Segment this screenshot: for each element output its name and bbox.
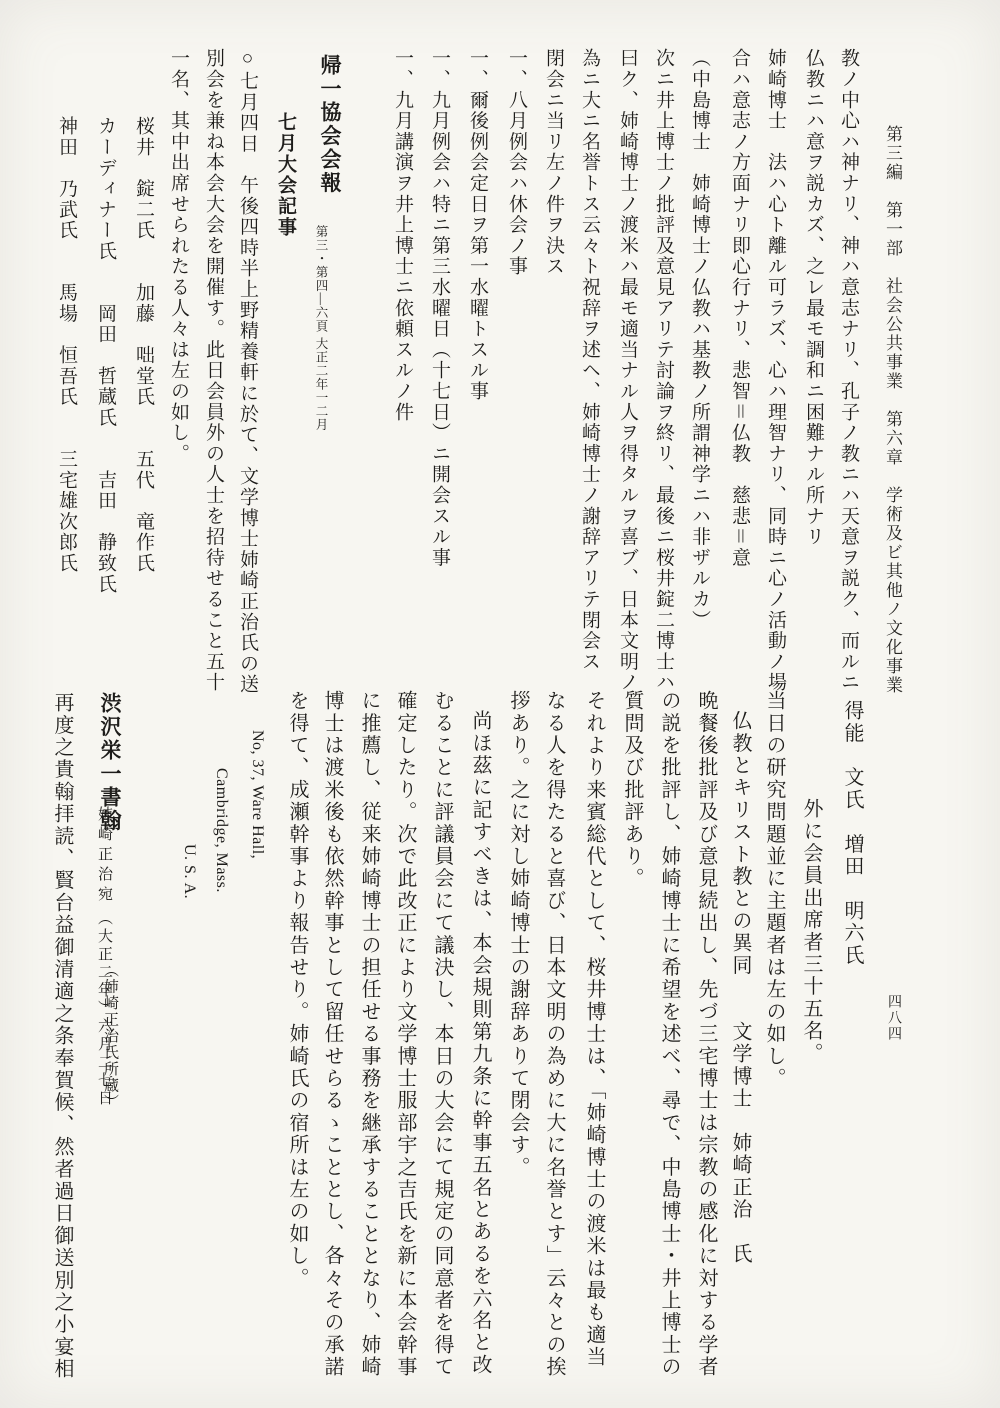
bottom-column-6: なる人を得たると喜び、日本文明の為めに大に名誉とす」云々との挨 (540, 690, 569, 1378)
paragraph-column-0: ○七月四日 午後四時半上野精養軒に於て、文学博士姉崎正治氏の送 (234, 48, 261, 695)
document-page: 第三編 第一部 社会公共事業 第六章 学術及ビ其他ノ文化事業 四八四 教ノ中心ハ… (0, 0, 1000, 1408)
bottom-column-3: の説を批評し、姉崎博士に希望を述べ、尋で、中島博士・井上博士の (655, 690, 684, 1378)
top-column-1: 仏教ニハ意ヲ説カズ、之レ最モ調和ニ困難ナル所ナリ (800, 48, 827, 547)
top-column-7: 為ニ大ニ名誉トス云々ト祝辞ヲ述ヘ、姉崎博士ノ謝辞アリテ閉会ス (576, 48, 603, 672)
top-column-0: 教ノ中心ハ神ナリ、神ハ意志ナリ、孔子ノ教ニハ天意ヲ説ク、而ルニ (835, 48, 862, 693)
top-column-8: 閉会ニ当リ左ノ件ヲ決ス (540, 48, 567, 277)
bottom-column-1: 仏教とキリスト教との異同 文学博士 姉崎正治 氏 (726, 710, 755, 1265)
top-column-5: 次ニ井上博士ノ批評及意見アリテ討論ヲ終リ、最後ニ桜井錠二博士ハ (650, 48, 677, 693)
bottom-column-10: 確定したり。次で此改正により文学博士服部宇之吉氏を新に本会幹事 (391, 690, 420, 1378)
attendee-column-0: 桜井 錠二氏 加藤 咄堂氏 五代 竜作氏 (130, 116, 157, 574)
letter-source: （姉崎正治氏所蔵） (100, 962, 121, 1111)
bulletin-heading: 帰一協会会報 (315, 54, 345, 195)
top-column-2: 姉崎博士 法ハ心ト離ル可ラズ、心ハ理智ナリ、同時ニ心ノ活動ノ場 (762, 48, 789, 693)
bottom-column-12: 博士は渡米後も依然幹事として留任せらるゝこととし、各々その承諾 (318, 690, 347, 1378)
bottom-column-11: に推薦し、従来姉崎博士の担任せる事務を継承することとなり、姉崎 (355, 690, 384, 1378)
bottom-column-5: それより来賓総代として、桜井博士は、「姉崎博士の渡米は最も適当 (580, 690, 609, 1368)
bulletin-date-note: 大正二年一二月 (312, 337, 328, 432)
paragraph-column-2: 一名、其中出席せられたる人々は左の如し。 (165, 48, 192, 464)
bottom-column-0: 当日の研究問題並に主題者は左の如し。 (760, 690, 789, 1090)
top-column-12: 一、九月講演ヲ井上博士ニ依頼スルノ件 (389, 48, 416, 422)
top-column-9: 一、八月例会ハ休会ノ事 (503, 48, 530, 277)
bottom-column-7: 拶あり。之に対し姉崎博士の謝辞ありて閉会す。 (504, 690, 533, 1178)
page-number: 四八四 (883, 994, 903, 1042)
address-line-0: No, 37, Ware Hall, (248, 730, 266, 859)
bottom-column-2: 晩餐後批評及び意見続出し、先づ三宅博士は宗教の感化に対する学者 (692, 690, 721, 1378)
running-head: 第三編 第一部 社会公共事業 第六章 学術及ビ其他ノ文化事業 (880, 125, 905, 695)
bulletin-issue-note: 第三・第四―六頁 (312, 225, 328, 333)
attendee-column-1: カーディナー氏 岡田 哲蔵氏 吉田 静致氏 (92, 116, 119, 594)
bottom-column-9: むることに評議員会にて議決し、本日の大会にて規定の同意者を得て (428, 690, 457, 1378)
attendee-column-3: 得能 文氏 増田 明六氏 (838, 700, 867, 966)
top-column-4: （中島博士 姉崎博士ノ仏教ハ基教ノ所謂神学ニハ非ザルカ） (686, 48, 713, 630)
bottom-column-13: を得て、成瀬幹事より報告せり。姉崎氏の宿所は左の如し。 (283, 690, 312, 1289)
address-line-2: U. S. A. (180, 844, 198, 899)
paragraph-column-1: 別会を兼ね本会大会を開催す。此日会員外の人士を招待せること五十 (200, 48, 227, 693)
top-column-3: 合ハ意志ノ方面ナリ即心行ナリ、悲智＝仏教 慈悲＝意 (726, 48, 753, 568)
member-count: 外に会員出席者三十五名。 (797, 798, 826, 1064)
attendee-column-2: 神田 乃武氏 馬場 恒吾氏 三宅雄次郎氏 (53, 116, 80, 574)
bottom-column-4: 質問及び批評あり。 (618, 690, 647, 890)
top-column-10: 一、爾後例会定日ヲ第一水曜トスル事 (464, 48, 491, 402)
address-line-1: Cambridge, Mass. (212, 768, 230, 893)
top-column-6: 曰ク、姉崎博士ノ渡米ハ最モ適当ナル人ヲ得タルヲ喜ブ、日本文明ノ (614, 48, 641, 693)
bottom-column-8: 尚ほ茲に記すべきは、本会規則第九条に幹事五名とあるを六名と改 (466, 710, 495, 1376)
bulletin-annotation: 第三・第四―六頁 大正二年一二月 (311, 225, 331, 432)
bulletin-subheading: 七月大会記事 (272, 112, 299, 238)
letter-recipient: 姉崎正治宛 (94, 806, 113, 906)
letter-body: 再度之貴翰拝読、賢台益御清適之条奉賀候、然者過日御送別之小宴相 (48, 692, 77, 1380)
top-column-11: 一、九月例会ハ特ニ第三水曜日（十七日）ニ開会スル事 (426, 48, 453, 568)
